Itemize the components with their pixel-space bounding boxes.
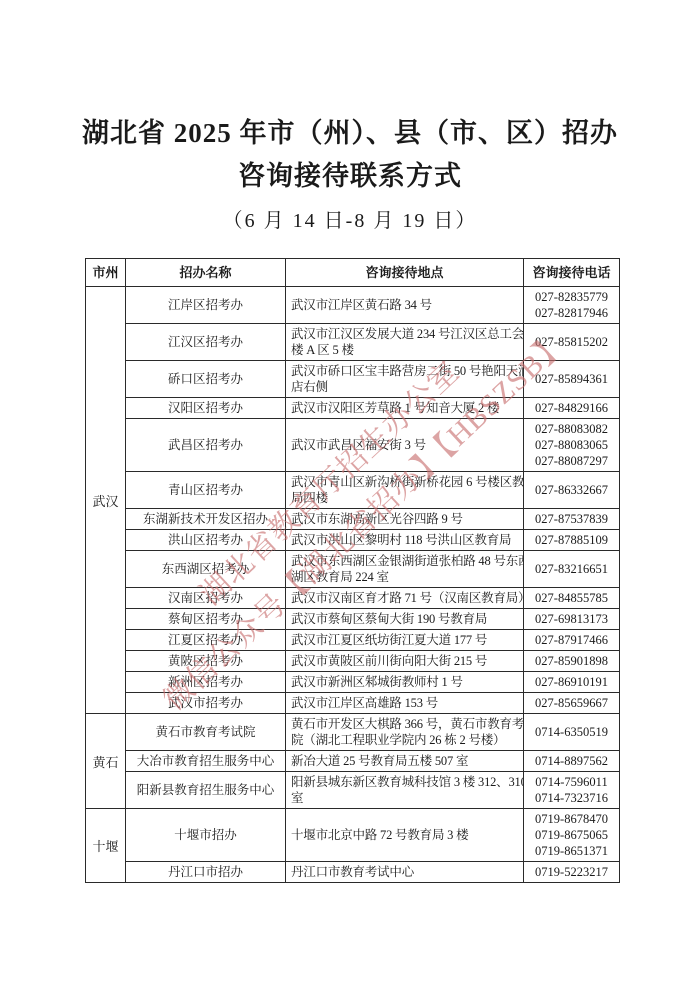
header-city: 市州 (86, 259, 126, 287)
address-cell: 武汉市汉阳区芳草路 1 号知音大厦 2 楼 (286, 398, 524, 419)
address-cell: 十堰市北京中路 72 号教育局 3 楼 (286, 809, 524, 862)
office-name-cell: 阳新县教育招生服务中心 (126, 772, 286, 809)
office-name-cell: 大冶市教育招生服务中心 (126, 751, 286, 772)
table-row: 硚口区招考办武汉市硚口区宝丰路营房二街 50 号艳阳天酒 店右侧027-8589… (86, 361, 620, 398)
contact-table: 市州 招办名称 咨询接待地点 咨询接待电话 武汉江岸区招考办武汉市江岸区黄石路 … (85, 258, 620, 883)
table-row: 新洲区招考办武汉市新洲区邾城街教师村 1 号027-86910191 (86, 672, 620, 693)
phone-number: 027-82817946 (525, 305, 618, 321)
address-cell: 新冶大道 25 号教育局五楼 507 室 (286, 751, 524, 772)
phone-cell: 027-87917466 (524, 630, 620, 651)
document-page: { "document": { "title_line1": "湖北省 2025… (0, 0, 700, 990)
phone-number: 027-86332667 (525, 482, 618, 498)
phone-cell: 027-87537839 (524, 509, 620, 530)
phone-number: 027-85659667 (525, 695, 618, 711)
phone-cell: 027-69813173 (524, 609, 620, 630)
phone-cell: 027-85901898 (524, 651, 620, 672)
page-title-line1: 湖北省 2025 年市（州）、县（市、区）招办 (0, 112, 700, 155)
table-row: 汉阳区招考办武汉市汉阳区芳草路 1 号知音大厦 2 楼027-84829166 (86, 398, 620, 419)
table-header-row: 市州 招办名称 咨询接待地点 咨询接待电话 (86, 259, 620, 287)
table-row: 洪山区招考办武汉市洪山区黎明村 118 号洪山区教育局027-87885109 (86, 530, 620, 551)
phone-number: 027-84855785 (525, 590, 618, 606)
phone-cell: 027-88083082027-88083065027-88087297 (524, 419, 620, 472)
table-row: 丹江口市招办丹江口市教育考试中心0719-5223217 (86, 862, 620, 883)
header-phone: 咨询接待电话 (524, 259, 620, 287)
phone-number: 0714-7596011 (525, 774, 618, 790)
office-name-cell: 武汉市招考办 (126, 693, 286, 714)
address-cell: 武汉市江岸区黄石路 34 号 (286, 287, 524, 324)
phone-number: 027-85815202 (525, 334, 618, 350)
phone-cell: 027-87885109 (524, 530, 620, 551)
table-row: 汉南区招考办武汉市汉南区育才路 71 号（汉南区教育局）027-84855785 (86, 588, 620, 609)
office-name-cell: 新洲区招考办 (126, 672, 286, 693)
page-title-line2: 咨询接待联系方式 (0, 155, 700, 198)
address-cell: 武汉市武昌区福安街 3 号 (286, 419, 524, 472)
office-name-cell: 汉南区招考办 (126, 588, 286, 609)
address-cell: 武汉市江夏区纸坊街江夏大道 177 号 (286, 630, 524, 651)
address-cell: 丹江口市教育考试中心 (286, 862, 524, 883)
phone-number: 0714-8897562 (525, 753, 618, 769)
table-row: 十堰十堰市招办十堰市北京中路 72 号教育局 3 楼0719-867847007… (86, 809, 620, 862)
phone-number: 027-69813173 (525, 611, 618, 627)
table-row: 大冶市教育招生服务中心新冶大道 25 号教育局五楼 507 室0714-8897… (86, 751, 620, 772)
phone-number: 027-87917466 (525, 632, 618, 648)
phone-number: 027-88087297 (525, 453, 618, 469)
phone-number: 027-85894361 (525, 371, 618, 387)
header-address: 咨询接待地点 (286, 259, 524, 287)
table-row: 东湖新技术开发区招办武汉市东湖高新区光谷四路 9 号027-87537839 (86, 509, 620, 530)
phone-cell: 027-85815202 (524, 324, 620, 361)
table-row: 江夏区招考办武汉市江夏区纸坊街江夏大道 177 号027-87917466 (86, 630, 620, 651)
office-name-cell: 丹江口市招办 (126, 862, 286, 883)
phone-number: 0714-6350519 (525, 724, 618, 740)
header-office: 招办名称 (126, 259, 286, 287)
office-name-cell: 洪山区招考办 (126, 530, 286, 551)
address-cell: 武汉市蔡甸区蔡甸大街 190 号教育局 (286, 609, 524, 630)
office-name-cell: 蔡甸区招考办 (126, 609, 286, 630)
document-header: 湖北省 2025 年市（州）、县（市、区）招办 咨询接待联系方式 （6 月 14… (0, 112, 700, 236)
phone-number: 027-82835779 (525, 289, 618, 305)
address-cell: 武汉市洪山区黎明村 118 号洪山区教育局 (286, 530, 524, 551)
phone-number: 027-84829166 (525, 400, 618, 416)
phone-cell: 027-85659667 (524, 693, 620, 714)
phone-number: 027-87537839 (525, 511, 618, 527)
office-name-cell: 东西湖区招考办 (126, 551, 286, 588)
table-row: 青山区招考办武汉市青山区新沟桥街新桥花园 6 号楼区教育 局四楼027-8633… (86, 472, 620, 509)
office-name-cell: 汉阳区招考办 (126, 398, 286, 419)
phone-cell: 027-83216651 (524, 551, 620, 588)
phone-number: 0719-8675065 (525, 827, 618, 843)
table-row: 江汉区招考办武汉市江汉区发展大道 234 号江汉区总工会大 楼 A 区 5 楼0… (86, 324, 620, 361)
office-name-cell: 青山区招考办 (126, 472, 286, 509)
phone-number: 0719-8678470 (525, 811, 618, 827)
table-row: 阳新县教育招生服务中心阳新县城东新区教育城科技馆 3 楼 312、310 室07… (86, 772, 620, 809)
office-name-cell: 武昌区招考办 (126, 419, 286, 472)
phone-cell: 0719-5223217 (524, 862, 620, 883)
table-row: 武昌区招考办武汉市武昌区福安街 3 号027-88083082027-88083… (86, 419, 620, 472)
table-row: 武汉市招考办武汉市江岸区高雄路 153 号027-85659667 (86, 693, 620, 714)
address-cell: 武汉市新洲区邾城街教师村 1 号 (286, 672, 524, 693)
city-cell: 武汉 (86, 287, 126, 714)
office-name-cell: 黄石市教育考试院 (126, 714, 286, 751)
city-cell: 十堰 (86, 809, 126, 883)
phone-number: 027-87885109 (525, 532, 618, 548)
address-cell: 武汉市东西湖区金银湖街道张柏路 48 号东西 湖区教育局 224 室 (286, 551, 524, 588)
address-cell: 武汉市东湖高新区光谷四路 9 号 (286, 509, 524, 530)
phone-number: 0714-7323716 (525, 790, 618, 806)
address-cell: 武汉市硚口区宝丰路营房二街 50 号艳阳天酒 店右侧 (286, 361, 524, 398)
phone-number: 027-88083065 (525, 437, 618, 453)
office-name-cell: 东湖新技术开发区招办 (126, 509, 286, 530)
phone-cell: 027-84855785 (524, 588, 620, 609)
address-cell: 武汉市汉南区育才路 71 号（汉南区教育局） (286, 588, 524, 609)
office-name-cell: 江夏区招考办 (126, 630, 286, 651)
address-cell: 武汉市黄陂区前川街向阳大街 215 号 (286, 651, 524, 672)
date-range: （6 月 14 日-8 月 19 日） (0, 206, 700, 236)
address-cell: 武汉市江汉区发展大道 234 号江汉区总工会大 楼 A 区 5 楼 (286, 324, 524, 361)
phone-cell: 027-84829166 (524, 398, 620, 419)
table-row: 黄石黄石市教育考试院黄石市开发区大棋路 366 号，黄石市教育考试 院（湖北工程… (86, 714, 620, 751)
office-name-cell: 硚口区招考办 (126, 361, 286, 398)
phone-cell: 0714-75960110714-7323716 (524, 772, 620, 809)
phone-number: 027-83216651 (525, 561, 618, 577)
table-row: 东西湖区招考办武汉市东西湖区金银湖街道张柏路 48 号东西 湖区教育局 224 … (86, 551, 620, 588)
office-name-cell: 黄陂区招考办 (126, 651, 286, 672)
address-cell: 黄石市开发区大棋路 366 号，黄石市教育考试 院（湖北工程职业学院内 26 栋… (286, 714, 524, 751)
phone-cell: 0714-6350519 (524, 714, 620, 751)
phone-cell: 027-86910191 (524, 672, 620, 693)
office-name-cell: 十堰市招办 (126, 809, 286, 862)
office-name-cell: 江岸区招考办 (126, 287, 286, 324)
phone-number: 027-85901898 (525, 653, 618, 669)
phone-cell: 027-85894361 (524, 361, 620, 398)
table-row: 蔡甸区招考办武汉市蔡甸区蔡甸大街 190 号教育局027-69813173 (86, 609, 620, 630)
address-cell: 武汉市青山区新沟桥街新桥花园 6 号楼区教育 局四楼 (286, 472, 524, 509)
phone-cell: 027-82835779027-82817946 (524, 287, 620, 324)
address-cell: 阳新县城东新区教育城科技馆 3 楼 312、310 室 (286, 772, 524, 809)
phone-cell: 027-86332667 (524, 472, 620, 509)
table-row: 武汉江岸区招考办武汉市江岸区黄石路 34 号027-82835779027-82… (86, 287, 620, 324)
phone-number: 027-86910191 (525, 674, 618, 690)
table-row: 黄陂区招考办武汉市黄陂区前川街向阳大街 215 号027-85901898 (86, 651, 620, 672)
phone-number: 0719-8651371 (525, 843, 618, 859)
phone-cell: 0714-8897562 (524, 751, 620, 772)
phone-number: 027-88083082 (525, 421, 618, 437)
city-cell: 黄石 (86, 714, 126, 809)
phone-cell: 0719-86784700719-86750650719-8651371 (524, 809, 620, 862)
phone-number: 0719-5223217 (525, 864, 618, 880)
office-name-cell: 江汉区招考办 (126, 324, 286, 361)
address-cell: 武汉市江岸区高雄路 153 号 (286, 693, 524, 714)
